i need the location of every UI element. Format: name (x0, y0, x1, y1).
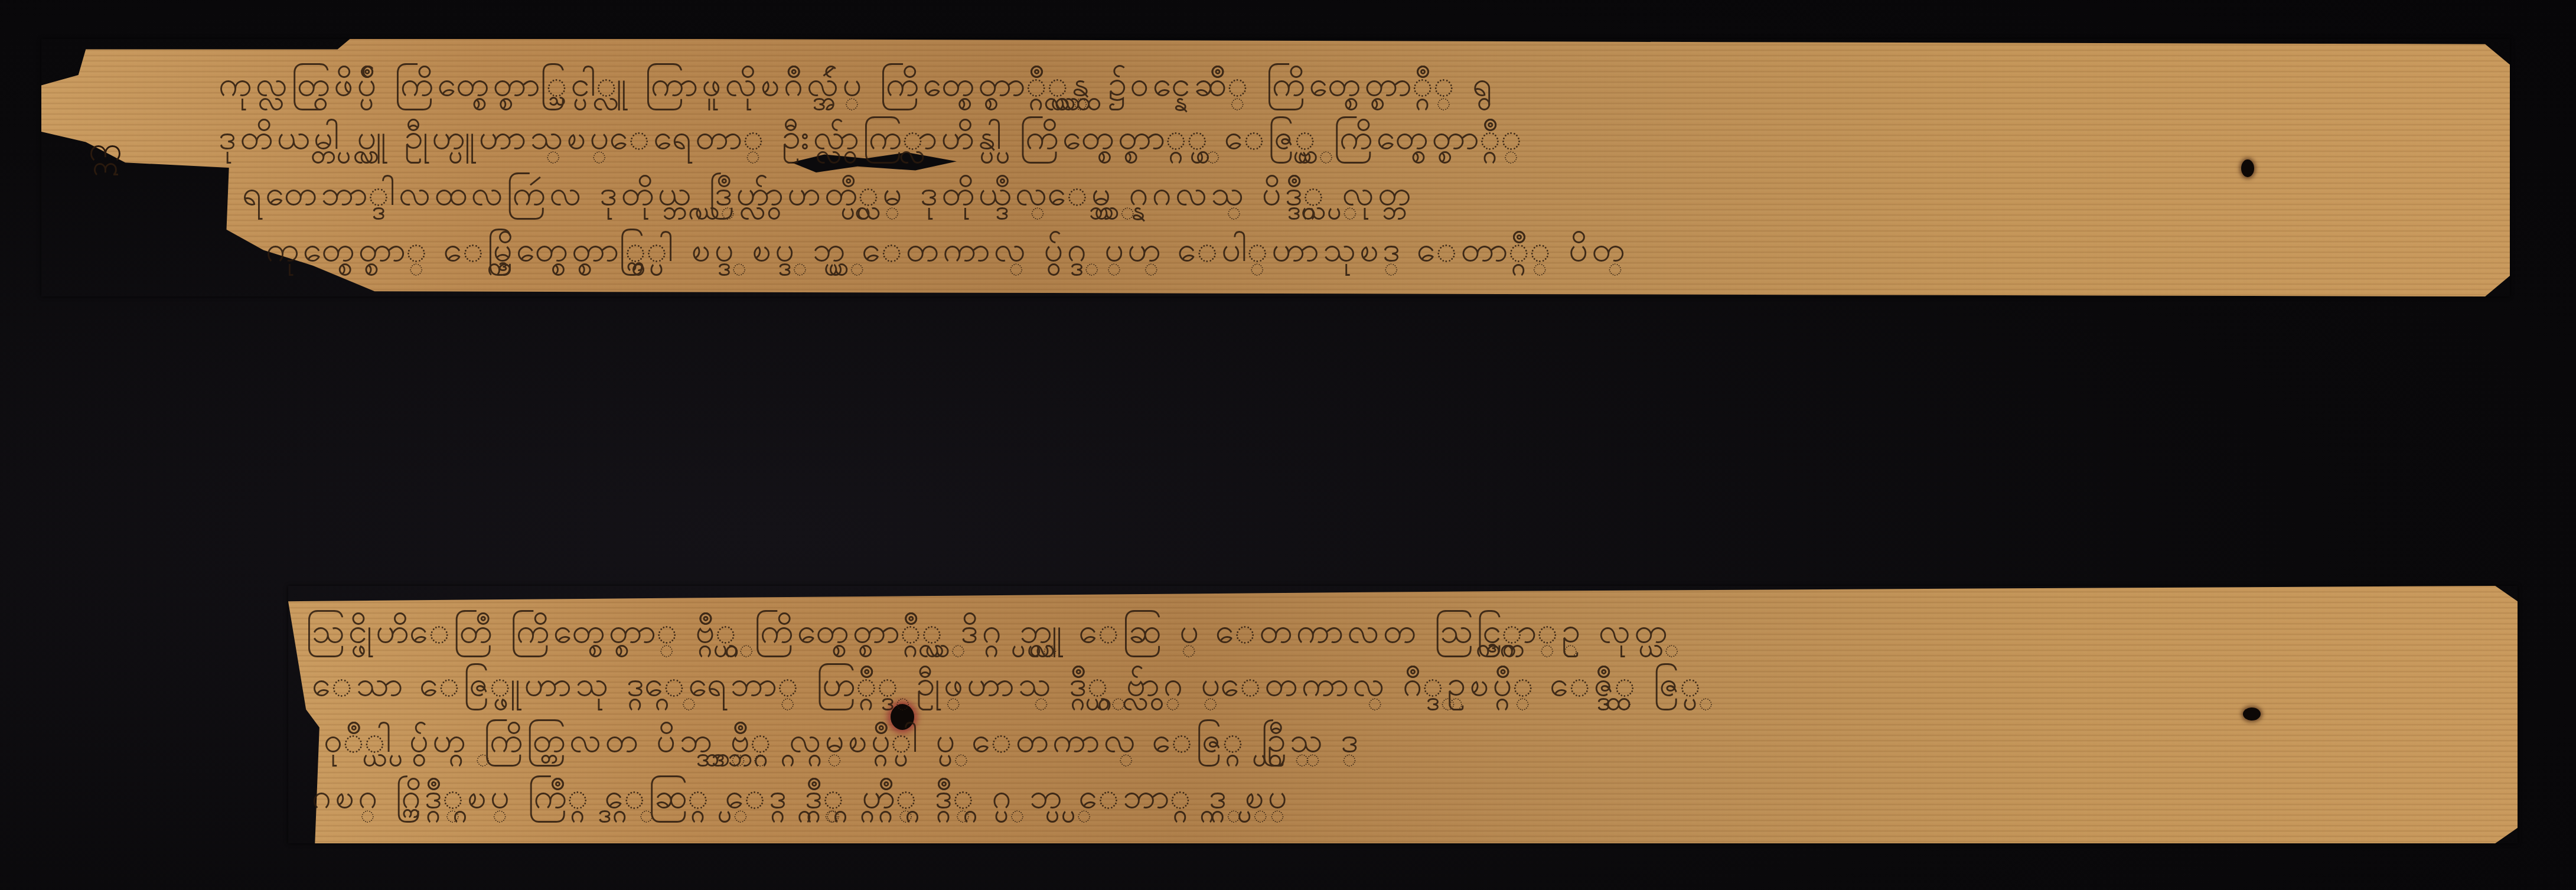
manuscript-line: ဒုတိယမ္တ္ပါ ပ္ပ္လူ ဦုဟ္ပူဟာသ္ၿပ္ေရေတာ္ ဦ… (219, 116, 1525, 166)
manuscript-line: ဝုိဳ္ယ္ပါ ပွ်ဟ္ဂ္ ကြိတ္တြလတ ပိဘ္ဒ္ဒ္ဘ္ ဗ… (324, 719, 1362, 769)
palm-leaf-bottom: သြင္ဖိုဟိေတြဳ ကြိတ္စ္စေတာ္ ဗ္ဂ္ဂိဳ္ယ္ ကြ… (288, 586, 2518, 843)
manuscript-line: ကုလ္လတြွဖိပ္ပ်ိဳ ကြိတ္စ္စေတာ္သြင္ပါ္လူ က… (219, 63, 1496, 113)
manuscript-line: ေသာ ေဇြ္ဖူဟာသု ဒ္ဂ္ဂ္ေရေဘာ္ ဟြ္ဂိဳ္ဒ္ ဦု… (312, 663, 1704, 713)
palm-leaf-top: ဣ ကုလ္လတြွဖိပ္ပ်ိဳ ကြိတ္စ္စေတာ္သြင္ပါ္လူ… (41, 39, 2510, 296)
folio-mark: ဣ (89, 128, 122, 178)
string-hole-right (2243, 708, 2261, 721)
manuscript-line: ရတေဘာ္ဒါလထလကြဴလ ဒုတိုယ္ဘ္ဂ္ယ္ ဒြဳဟ္လွ်ာဟ… (242, 172, 1414, 222)
string-hole-right (2241, 159, 2254, 177)
manuscript-line: သြင္ဖိုဟိေတြဳ ကြိတ္စ္စေတာ္ ဗ္ဂ္ဂိဳ္ယ္ ကြ… (306, 609, 1671, 660)
manuscript-line: ကုတ္စ္စေတာ္ ေမ္ဒ္ကြိတ္စ္စေတာ္ကြွ္ပါ ၿပ္ဒ… (266, 228, 1629, 278)
manuscript-line: ဂၿဂ္ ဂ္ကြိဒ္ဂ္ဂိဳ္ၿပ္ ကြိဳ္ဂ္ဒ္ဂ္ ေဆြ္ဂ္… (312, 775, 1291, 825)
